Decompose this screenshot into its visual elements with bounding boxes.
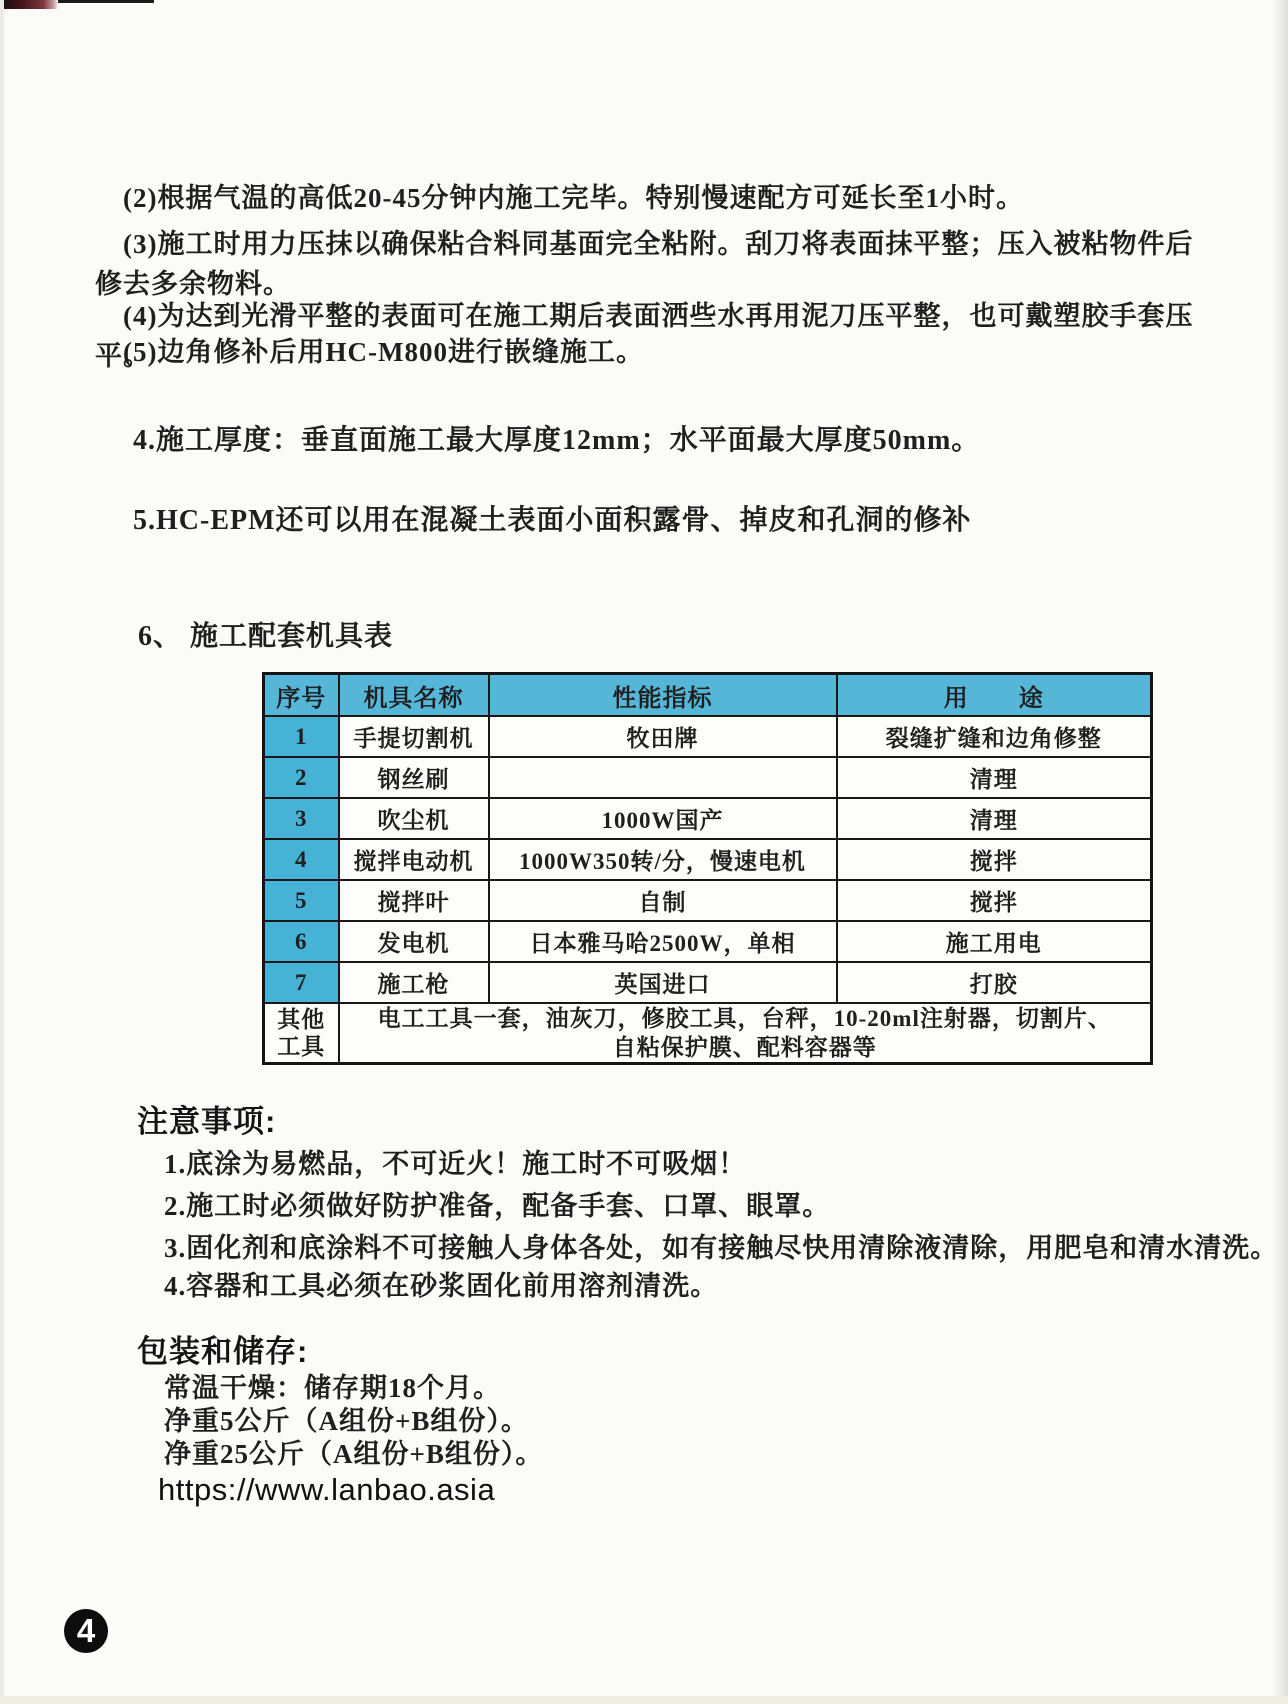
table-row: 2 钢丝刷 清理 (264, 757, 1152, 798)
storage-heading: 包装和储存: (137, 1326, 308, 1371)
scan-artifact-left-edge (0, 0, 4, 1704)
cell-use: 清理 (837, 757, 1152, 798)
scan-artifact-top-line (58, 0, 154, 3)
cell-name: 手提切割机 (339, 716, 489, 757)
col-header-use: 用 途 (837, 674, 1152, 717)
note-item-2: 2.施工时必须做好防护准备，配备手套、口罩、眼罩。 (164, 1184, 830, 1223)
paragraph-step-2: (2)根据气温的高低20-45分钟内施工完毕。特别慢速配方可延长至1小时。 (95, 178, 1197, 218)
table-row: 6 发电机 日本雅马哈2500W，单相 施工用电 (264, 921, 1152, 962)
section-repair-use: 5.HC-EPM还可以用在混凝土表面小面积露骨、掉皮和孔洞的修补 (133, 498, 972, 538)
section-thickness: 4.施工厚度：垂直面施工最大厚度12mm；水平面最大厚度50mm。 (133, 418, 980, 458)
col-header-spec: 性能指标 (489, 674, 837, 717)
paragraph-step-5: (5)边角修补后用HC-M800进行嵌缝施工。 (95, 332, 1197, 372)
cell-other-tools-text: 电工工具一套，油灰刀，修胶工具，台秤，10-20ml注射器，切割片、 自粘保护膜… (339, 1003, 1152, 1064)
section-equipment-title: 6、 施工配套机具表 (138, 614, 393, 654)
col-header-name: 机具名称 (339, 674, 489, 717)
cell-index: 7 (264, 962, 339, 1003)
cell-name: 搅拌叶 (339, 880, 489, 921)
website-url: https://www.lanbao.asia (158, 1472, 495, 1508)
table-row: 3 吹尘机 1000W国产 清理 (264, 798, 1152, 839)
table-row: 1 手提切割机 牧田牌 裂缝扩缝和边角修整 (264, 716, 1152, 757)
table-row: 5 搅拌叶 自制 搅拌 (264, 880, 1152, 921)
equipment-table: 序号 机具名称 性能指标 用 途 1 手提切割机 牧田牌 裂缝扩缝和边角修整 2… (262, 672, 1153, 1065)
paragraph-step-3: (3)施工时用力压抹以确保粘合料同基面完全粘附。刮刀将表面抹平整；压入被粘物件后… (95, 224, 1197, 304)
cell-spec: 牧田牌 (489, 716, 837, 757)
cell-name: 搅拌电动机 (339, 839, 489, 880)
note-item-4: 4.容器和工具必须在砂浆固化前用溶剂清洗。 (164, 1264, 718, 1303)
cell-name: 施工枪 (339, 962, 489, 1003)
cell-index: 4 (264, 839, 339, 880)
cell-other-tools-label: 其他 工具 (264, 1003, 339, 1064)
document-page: (2)根据气温的高低20-45分钟内施工完毕。特别慢速配方可延长至1小时。 (3… (0, 0, 1288, 1704)
col-header-index: 序号 (264, 674, 339, 717)
storage-item-3: 净重25公斤（A组份+B组份）。 (164, 1432, 543, 1471)
note-item-1: 1.底涂为易燃品，不可近火！施工时不可吸烟！ (164, 1142, 746, 1181)
table-header-row: 序号 机具名称 性能指标 用 途 (264, 674, 1152, 717)
cell-index: 3 (264, 798, 339, 839)
table-row: 4 搅拌电动机 1000W350转/分，慢速电机 搅拌 (264, 839, 1152, 880)
table-row: 7 施工枪 英国进口 打胶 (264, 962, 1152, 1003)
cell-index: 6 (264, 921, 339, 962)
cell-use: 打胶 (837, 962, 1152, 1003)
cell-use: 搅拌 (837, 839, 1152, 880)
cell-use: 裂缝扩缝和边角修整 (837, 716, 1152, 757)
cell-index: 2 (264, 757, 339, 798)
cell-spec: 自制 (489, 880, 837, 921)
cell-name: 钢丝刷 (339, 757, 489, 798)
cell-name: 吹尘机 (339, 798, 489, 839)
page-number-badge: 4 (64, 1609, 108, 1653)
notes-heading: 注意事项: (137, 1096, 276, 1141)
scan-artifact-top-strip (0, 0, 58, 9)
cell-index: 1 (264, 716, 339, 757)
scan-artifact-right-edge (1272, 0, 1288, 1704)
cell-use: 搅拌 (837, 880, 1152, 921)
cell-use: 清理 (837, 798, 1152, 839)
cell-spec: 日本雅马哈2500W，单相 (489, 921, 837, 962)
cell-name: 发电机 (339, 921, 489, 962)
table-row-other-tools: 其他 工具 电工工具一套，油灰刀，修胶工具，台秤，10-20ml注射器，切割片、… (264, 1003, 1152, 1064)
cell-use: 施工用电 (837, 921, 1152, 962)
cell-spec (489, 757, 837, 798)
cell-index: 5 (264, 880, 339, 921)
cell-spec: 英国进口 (489, 962, 837, 1003)
scan-artifact-bottom-edge (0, 1696, 1288, 1704)
cell-spec: 1000W国产 (489, 798, 837, 839)
cell-spec: 1000W350转/分，慢速电机 (489, 839, 837, 880)
note-item-3: 3.固化剂和底涂料不可接触人身体各处，如有接触尽快用清除液清除，用肥皂和清水清洗… (164, 1226, 1278, 1265)
